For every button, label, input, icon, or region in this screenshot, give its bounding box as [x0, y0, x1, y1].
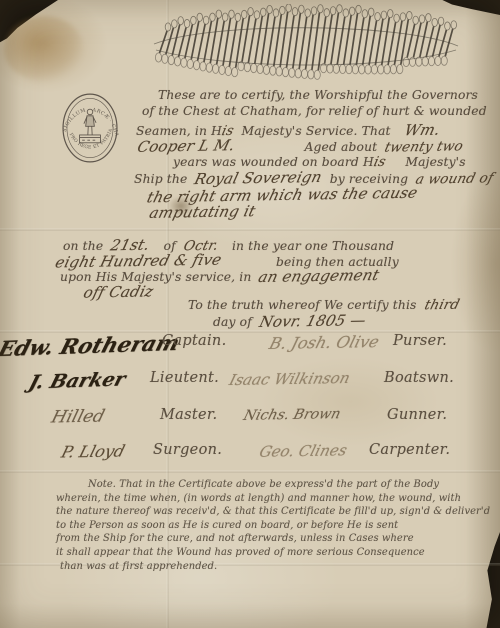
role-label: Boatswn. — [384, 370, 454, 386]
handwritten-seaman-name: Cooper L M. — [136, 136, 237, 156]
certificate-line-12: off Cadiz — [84, 283, 153, 301]
handwritten-place: off Cadiz — [82, 282, 156, 301]
fold-crease — [0, 228, 500, 231]
lieutenant-signature: J. Barker — [26, 368, 128, 393]
certificate-note: Note. That in the Certificate above be e… — [56, 478, 460, 573]
handwritten-his: is — [372, 154, 388, 170]
handwritten-cert-date: Novr. 1805 — — [257, 311, 367, 331]
surgeon-signature: P. Lloyd — [59, 441, 127, 461]
paper-stain — [4, 16, 84, 82]
certificate-line-4: Cooper L M.Aged abouttwenty two — [138, 137, 463, 155]
handwritten-wound-text: amputating it — [148, 202, 258, 222]
role-label: Lieutent. — [150, 370, 219, 386]
note-line: to the Person as soon as He is cured on … — [56, 519, 460, 533]
note-line: from the Ship for the cure, and not afte… — [56, 532, 460, 546]
signature-row: J. Barker Lieutent. Isaac Wilkinson Boat… — [0, 370, 500, 404]
signature-row: Edw. Rotheram Captain. B. Josh. Olive Pu… — [0, 333, 500, 367]
printed-text: years was wounded on board H — [173, 155, 374, 169]
certificate-line-6: Ship theRoyal Sovereignby receivinga wou… — [134, 169, 493, 187]
signature-row: Hilled Master. Nichs. Brown Gunner. — [0, 407, 500, 441]
printed-text: Majesty's — [405, 155, 465, 169]
signature-row: P. Lloyd Surgeon. Geo. Clines Carpenter. — [0, 442, 500, 476]
role-label: Purser. — [393, 333, 447, 349]
chatham-chest-seal: SIGILLUM · ARCÆ · CHATHAM PRO REGE ET PA… — [50, 82, 130, 174]
carpenter-signature: Geo. Clines — [257, 441, 349, 461]
captain-signature: Edw. Rotheram — [0, 330, 183, 361]
printed-text: Majesty's Service. That — [242, 124, 391, 138]
note-line: the nature thereof was receiv'd, & that … — [56, 505, 460, 519]
printed-text: day of — [213, 315, 252, 329]
note-line: than was at first apprehended. — [56, 560, 460, 574]
certificate-line-8: amputating it — [150, 203, 255, 221]
printed-text: upon His Majesty's service, in — [60, 270, 251, 284]
printed-text: on the — [63, 239, 103, 253]
printed-text: Ship the — [134, 172, 187, 186]
certificate-line-13: To the truth whereof We certify thisthir… — [188, 297, 459, 313]
printed-text: of the Chest at Chatham, for relief of h… — [142, 104, 487, 118]
gunner-signature: Nichs. Brown — [242, 406, 343, 424]
certificate-line-1: These are to certify, the Worshipful the… — [158, 88, 478, 102]
handwritten-engagement: an engagement — [257, 266, 382, 286]
certificate-line-2: of the Chest at Chatham, for relief of h… — [142, 104, 487, 118]
calligraphic-flourish — [150, 4, 462, 84]
printed-text: To the truth whereof We certify this — [188, 298, 417, 312]
master-signature: Hilled — [49, 407, 107, 428]
certificate-line-7: the right arm which was the cause — [148, 186, 417, 204]
purser-signature: B. Josh. Olive — [267, 332, 381, 353]
role-label: Gunner. — [387, 407, 447, 423]
printed-text: in the year one Thousand — [232, 239, 394, 253]
printed-text: These are to certify, the Worshipful the… — [158, 88, 478, 102]
role-label: Master. — [160, 407, 217, 423]
handwritten-wound-text: a wound of — [414, 170, 495, 187]
document-page: SIGILLUM · ARCÆ · CHATHAM PRO REGE ET PA… — [0, 0, 500, 628]
note-line: Note. That in the Certificate above be e… — [56, 478, 460, 492]
handwritten-cert-day: third — [422, 297, 460, 314]
role-label: Captain. — [162, 333, 226, 349]
printed-text: Aged about — [304, 140, 377, 154]
note-line: it shall appear that the Wound has prove… — [56, 546, 460, 560]
boatswain-signature: Isaac Wilkinson — [227, 369, 352, 389]
torn-corner-bottom-right — [482, 532, 500, 628]
role-label: Carpenter. — [369, 442, 450, 458]
note-line: wherein, the time when, (in words at len… — [56, 492, 460, 506]
role-label: Surgeon. — [153, 442, 222, 458]
certificate-line-14: day ofNovr. 1805 — — [213, 312, 365, 330]
